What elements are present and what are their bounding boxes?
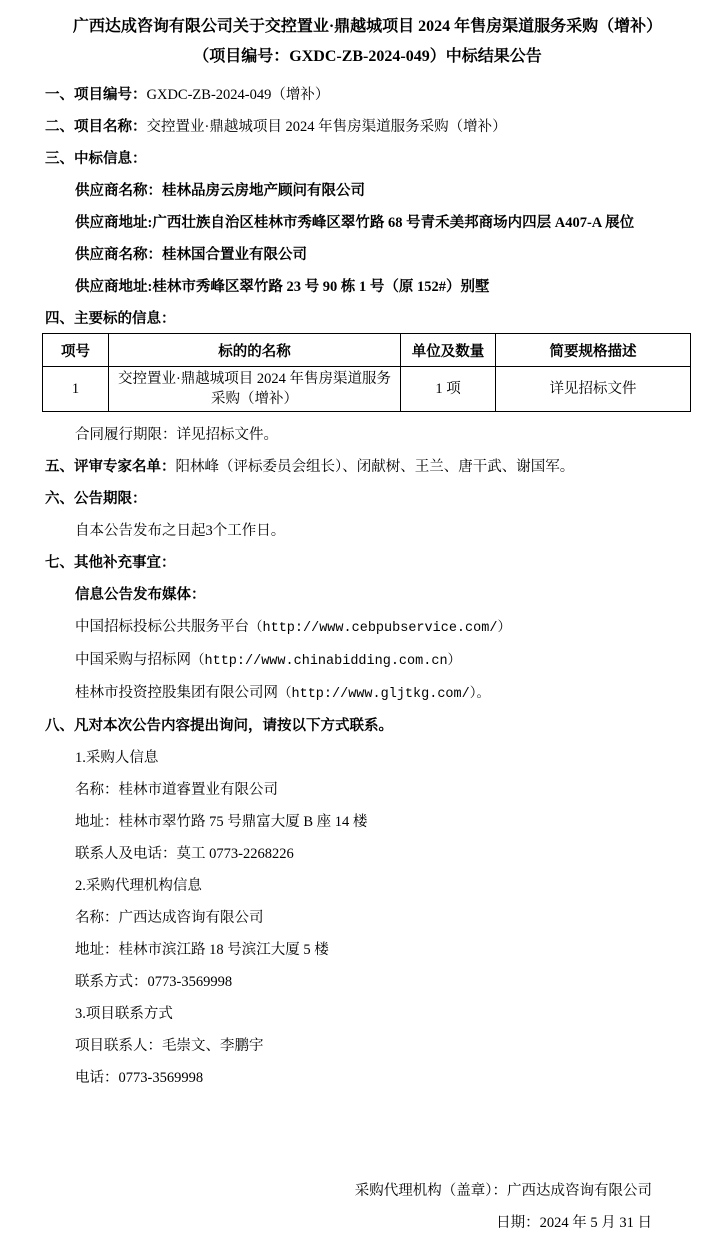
- media-list-label: 信息公告发布媒体：: [45, 587, 690, 604]
- supplier-2-address-line: 供应商地址:桂林市秀峰区翠竹路 23 号 90 栋 1 号（原 152#）别墅: [45, 279, 690, 296]
- inquiry-group-2-heading: 2.采购代理机构信息: [45, 878, 690, 895]
- cell-spec: 详见招标文件: [496, 367, 691, 412]
- media-item-1: 中国招标投标公共服务平台（http://www.cebpubservice.co…: [45, 619, 690, 637]
- title-line-2: （项目编号：GXDC-ZB-2024-049）中标结果公告: [45, 42, 690, 72]
- header-quantity: 单位及数量: [401, 334, 496, 367]
- media-item-1-url: （http://www.cebpubservice.com/）: [249, 621, 511, 636]
- supplier-1-name-line: 供应商名称：桂林品房云房地产顾问有限公司: [45, 183, 690, 200]
- section-project-name: 二、项目名称：交控置业·鼎越城项目 2024 年售房渠道服务采购（增补）: [45, 119, 690, 136]
- supplier-2-address-value: 桂林市秀峰区翠竹路 23 号 90 栋 1 号（原 152#）别墅: [152, 279, 489, 295]
- notice-period-body: 自本公告发布之日起3个工作日。: [45, 523, 690, 540]
- supplier-2-name-value: 桂林国合置业有限公司: [162, 247, 307, 263]
- section-other-heading: 七、其他补充事宜：: [45, 555, 690, 572]
- supplier-2-name-line: 供应商名称：桂林国合置业有限公司: [45, 247, 690, 264]
- document-title: 广西达成咨询有限公司关于交控置业·鼎越城项目 2024 年售房渠道服务采购（增补…: [45, 12, 690, 72]
- supplier-1-name-value: 桂林品房云房地产顾问有限公司: [162, 183, 365, 199]
- contract-period-note: 合同履行期限：详见招标文件。: [45, 427, 690, 444]
- project-number-label: 一、项目编号：: [45, 87, 147, 103]
- media-item-3-url: （http://www.gljtkg.com/）。: [278, 687, 490, 702]
- section-project-number: 一、项目编号：GXDC-ZB-2024-049（增补）: [45, 87, 690, 104]
- cell-quantity: 1 项: [401, 367, 496, 412]
- project-contact-persons: 项目联系人：毛崇文、李鹏宇: [45, 1038, 690, 1055]
- footer: 采购代理机构（盖章）：广西达成咨询有限公司 日期：2024 年 5 月 31 日: [45, 1183, 690, 1232]
- table-row: 1 交控置业·鼎越城项目 2024 年售房渠道服务采购（增补） 1 项 详见招标…: [43, 367, 691, 412]
- cell-subject-name: 交控置业·鼎越城项目 2024 年售房渠道服务采购（增补）: [109, 367, 401, 412]
- supplier-2-name-label: 供应商名称：: [75, 247, 162, 263]
- project-name-label: 二、项目名称：: [45, 119, 147, 135]
- supplier-2-address-label: 供应商地址:: [75, 279, 152, 295]
- inquiry-group-1-heading: 1.采购人信息: [45, 750, 690, 767]
- media-item-2-url: （http://www.chinabidding.com.cn）: [191, 654, 461, 669]
- table-body: 1 交控置业·鼎越城项目 2024 年售房渠道服务采购（增补） 1 项 详见招标…: [43, 367, 691, 412]
- title-line-1: 广西达成咨询有限公司关于交控置业·鼎越城项目 2024 年售房渠道服务采购（增补…: [45, 12, 690, 42]
- media-item-1-name: 中国招标投标公共服务平台: [75, 619, 249, 635]
- section-inquiry-heading: 八、凡对本次公告内容提出询问，请按以下方式联系。: [45, 718, 690, 735]
- supplier-1-address-line: 供应商地址:广西壮族自治区桂林市秀峰区翠竹路 68 号青禾美邦商场内四层 A40…: [45, 215, 690, 232]
- project-number-value: GXDC-ZB-2024-049（增补）: [147, 87, 330, 103]
- media-item-2: 中国采购与招标网（http://www.chinabidding.com.cn）: [45, 652, 690, 670]
- section-main-subject-heading: 四、主要标的信息：: [45, 311, 690, 328]
- purchaser-name: 名称：桂林市道睿置业有限公司: [45, 782, 690, 799]
- supplier-1-address-label: 供应商地址:: [75, 215, 152, 231]
- experts-label: 五、评审专家名单：: [45, 459, 176, 475]
- bid-items-table: 项号 标的的名称 单位及数量 简要规格描述 1 交控置业·鼎越城项目 2024 …: [42, 333, 691, 412]
- header-subject-name: 标的的名称: [109, 334, 401, 367]
- table-header-row: 项号 标的的名称 单位及数量 简要规格描述: [43, 334, 691, 367]
- section-notice-period-heading: 六、公告期限：: [45, 491, 690, 508]
- header-item-no: 项号: [43, 334, 109, 367]
- purchaser-contact: 联系人及电话：莫工 0773-2268226: [45, 846, 690, 863]
- media-item-3: 桂林市投资控股集团有限公司网（http://www.gljtkg.com/）。: [45, 685, 690, 703]
- experts-value: 阳林峰（评标委员会组长）、闭献树、王兰、唐干武、谢国军。: [176, 459, 575, 475]
- purchaser-address: 地址：桂林市翠竹路 75 号鼎富大厦 B 座 14 楼: [45, 814, 690, 831]
- agency-address: 地址：桂林市滨江路 18 号滨江大厦 5 楼: [45, 942, 690, 959]
- agency-name: 名称：广西达成咨询有限公司: [45, 910, 690, 927]
- media-item-2-name: 中国采购与招标网: [75, 652, 191, 668]
- footer-date-line: 日期：2024 年 5 月 31 日: [45, 1215, 652, 1232]
- document-page: 广西达成咨询有限公司关于交控置业·鼎越城项目 2024 年售房渠道服务采购（增补…: [0, 0, 719, 1236]
- project-contact-phone: 电话：0773-3569998: [45, 1070, 690, 1087]
- cell-item-no: 1: [43, 367, 109, 412]
- media-item-3-name: 桂林市投资控股集团有限公司网: [75, 685, 278, 701]
- project-name-value: 交控置业·鼎越城项目 2024 年售房渠道服务采购（增补）: [147, 119, 507, 135]
- inquiry-group-3-heading: 3.项目联系方式: [45, 1006, 690, 1023]
- footer-agency-seal-line: 采购代理机构（盖章）：广西达成咨询有限公司: [45, 1183, 652, 1200]
- supplier-1-address-value: 广西壮族自治区桂林市秀峰区翠竹路 68 号青禾美邦商场内四层 A407-A 展位: [152, 215, 634, 231]
- supplier-1-name-label: 供应商名称：: [75, 183, 162, 199]
- table-head: 项号 标的的名称 单位及数量 简要规格描述: [43, 334, 691, 367]
- section-award-info-heading: 三、中标信息：: [45, 151, 690, 168]
- section-experts: 五、评审专家名单：阳林峰（评标委员会组长）、闭献树、王兰、唐干武、谢国军。: [45, 459, 690, 476]
- agency-contact: 联系方式：0773-3569998: [45, 974, 690, 991]
- header-spec: 简要规格描述: [496, 334, 691, 367]
